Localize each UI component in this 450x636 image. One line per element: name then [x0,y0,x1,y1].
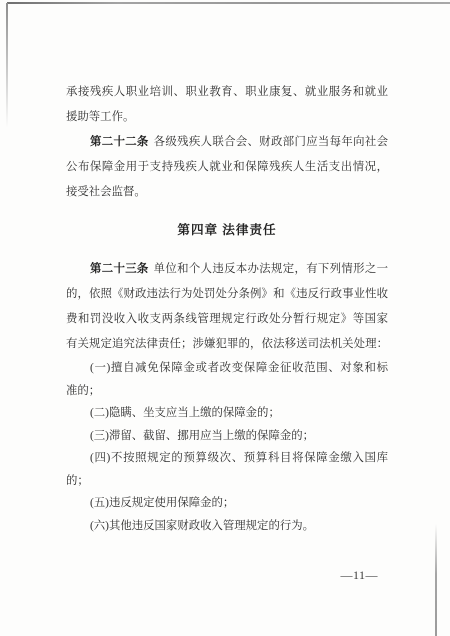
text-line: 承接残疾人职业培训、职业教育、职业康复、就业服务和就业 [66,80,388,105]
text-line: 第二十二条各级残疾人联合会、财政部门应当每年向社会 [66,130,388,155]
document-page: 承接残疾人职业培训、职业教育、职业康复、就业服务和就业援助等工作。第二十二条各级… [0,0,450,636]
text-line: 援助等工作。 [66,105,388,130]
text-line: 有关规定追究法律责任；涉嫌犯罪的，依法移送司法机关处理： [66,332,388,357]
article-number: 第二十二条 [90,136,149,148]
text-line: 接受社会监督。 [66,180,388,205]
scan-edge-left [6,3,8,128]
text-line: 第二十三条单位和个人违反本办法规定，有下列情形之一 [66,257,388,282]
text-line: (二)隐瞒、坐支应当上缴的保障金的； [66,402,388,425]
text-line: (三)滞留、截留、挪用应当上缴的保障金的； [66,425,388,448]
article-number: 第二十三条 [90,263,149,275]
text-line: 的； [66,470,388,493]
text-line: (一)擅自减免保障金或者改变保障金征收范围、对象和标 [66,357,388,380]
scan-edge-right [435,524,437,636]
text-line: 的，依照《财政违法行为处罚处分条例》和《违反行政事业性收 [66,282,388,307]
text-line: (六)其他违反国家财政收入管理规定的行为。 [66,515,388,538]
document-body: 承接残疾人职业培训、职业教育、职业康复、就业服务和就业援助等工作。第二十二条各级… [66,80,388,537]
text-line: 公布保障金用于支持残疾人就业和保障残疾人生活支出情况， [66,155,388,180]
chapter-heading: 第四章 法律责任 [66,218,388,243]
text-line: (四)不按照规定的预算级次、预算科目将保障金缴入国库 [66,447,388,470]
scan-edge-top [7,2,450,4]
text-line: (五)违反规定使用保障金的； [66,492,388,515]
text-line: 费和罚没收入收支两条线管理规定行政处分暂行规定》等国家 [66,307,388,332]
page-number: —11— [340,568,378,583]
text-line: 准的； [66,380,388,403]
